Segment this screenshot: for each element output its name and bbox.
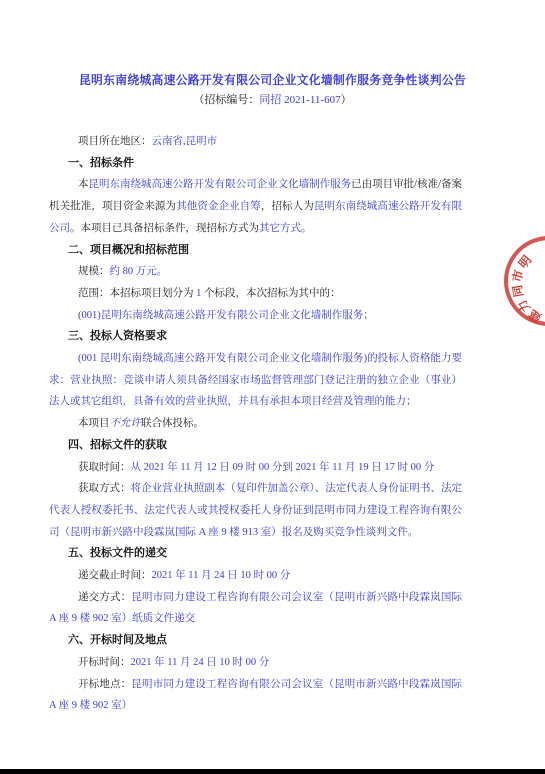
text-run: 约 80 万元。 [110, 266, 168, 277]
paragraph: 范围：本招标项目划分为 1 个标段，本次招标为其中的： [49, 283, 462, 305]
text-run: 联合体投标。 [141, 418, 204, 429]
page-title: 昆明东南绕城高速公路开发有限公司企业文化墙制作服务竞争性谈判公告 [38, 72, 507, 89]
document-body: 项目所在地区：云南省,昆明市 一、招标条件本昆明东南绕城高速公路开发有限公司企业… [49, 131, 462, 717]
paragraph: 规模：约 80 万元。 [49, 261, 462, 283]
text-run: 开标地点： [78, 679, 131, 690]
section-heading: 六、开标时间及地点 [49, 630, 462, 652]
window-bottom-edge [0, 769, 545, 774]
text-run: 同招 2021-11-607 [259, 94, 340, 106]
section-heading: 一、招标条件 [49, 153, 462, 175]
document-page: 昆明东南绕城高速公路开发有限公司企业文化墙制作服务竞争性谈判公告 （招标编号：同… [0, 0, 545, 774]
section-heading: 五、投标文件的递交 [49, 543, 462, 565]
text-run: ，招标人为 [261, 201, 314, 212]
paragraph: 递交截止时间：2021 年 11 月 24 日 10 时 00 分 [49, 565, 462, 587]
text-run: 从 2021 年 11 月 12 日 09 时 00 分到 2021 年 11 … [131, 462, 435, 473]
paragraph: 开标时间：2021 年 11 月 24 日 10 时 00 分 [49, 652, 462, 674]
paragraph: (001 昆明东南绕城高速公路开发有限公司企业文化墙制作服务)的投标人资格能力要… [49, 348, 462, 413]
paragraph: 获取方式：将企业营业执照副本（复印件加盖公章）、法定代表人身份证明书、法定代表人… [49, 478, 462, 543]
text-run: 个标段，本次招标为其中的： [201, 288, 340, 299]
section-heading: 二、项目概况和招标范围 [49, 240, 462, 262]
paragraph: 开标地点：昆明市同力建设工程咨询有限公司会议室（昆明市新兴路中段霖岚国际 A 座… [49, 674, 462, 717]
text-run: 规模： [78, 266, 110, 277]
section-heading: 四、招标文件的获取 [49, 435, 462, 457]
text-run: 本 [78, 179, 89, 190]
company-seal: 明 市 同 力 建 [504, 236, 545, 326]
text-run: 。本项目已具备招标条件，现招标方式为 [70, 223, 259, 234]
section-heading: 三、投标人资格要求 [49, 326, 462, 348]
text-run: 2021 年 11 月 24 日 10 时 00 分 [131, 657, 270, 668]
text-run: (001)昆明东南绕城高速公路开发有限公司企业文化墙制作服务； [78, 310, 374, 321]
text-run: 昆明东南绕城高速公路开发有限公司企业文化墙制作服务 [89, 179, 352, 190]
text-run: 云南省,昆明市 [152, 136, 218, 147]
text-run: 本项目 [78, 418, 110, 429]
text-run: 递交方式： [78, 592, 131, 603]
paragraph: 递交方式：昆明市同力建设工程咨询有限公司会议室（昆明市新兴路中段霖岚国际 A 座… [49, 587, 462, 630]
text-run: 获取方式： [78, 483, 131, 494]
text-run: 开标时间： [78, 657, 131, 668]
paragraph: 获取时间：从 2021 年 11 月 12 日 09 时 00 分到 2021 … [49, 457, 462, 479]
text-run: 其它方式 [259, 223, 301, 234]
sections: 一、招标条件本昆明东南绕城高速公路开发有限公司企业文化墙制作服务已由项目审批/核… [49, 153, 462, 717]
text-run: 。 [301, 223, 312, 234]
seal-character: 明 [517, 254, 534, 271]
text-run: 其他资金企业自筹 [176, 201, 261, 212]
seal-character: 市 [511, 269, 526, 284]
text-run: 递交截止时间： [78, 570, 152, 581]
text-run: 项目所在地区： [78, 136, 152, 147]
text-run: 范围：本招标项目划分为 [78, 288, 196, 299]
tender-number-line: （招标编号：同招 2021-11-607） [40, 89, 505, 112]
seal-character: 同 [511, 284, 525, 298]
paragraph: 本项目不允许联合体投标。 [49, 413, 462, 435]
text-run: (001 昆明东南绕城高速公路开发有限公司企业文化墙制作服务)的投标人资格能力要… [49, 353, 462, 407]
text-run: ） [341, 94, 352, 106]
paragraph: 本昆明东南绕城高速公路开发有限公司企业文化墙制作服务已由项目审批/核准/备案机关… [49, 174, 462, 239]
text-run: 2021 年 11 月 24 日 10 时 00 分 [152, 570, 291, 581]
project-location-line: 项目所在地区：云南省,昆明市 [49, 131, 462, 153]
text-run: 获取时间： [78, 462, 131, 473]
paragraph: (001)昆明东南绕城高速公路开发有限公司企业文化墙制作服务； [49, 305, 462, 327]
seal-character: 建 [527, 308, 543, 324]
text-run: （招标编号： [193, 94, 259, 106]
text-run: 不允许 [110, 418, 142, 429]
